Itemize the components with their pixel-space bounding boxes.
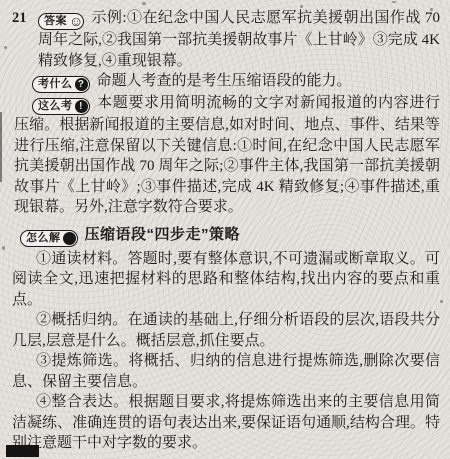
answer-badge: 答案☺ bbox=[38, 13, 84, 30]
answer-badge-label: 答案 bbox=[44, 14, 67, 29]
strategy-badge-label: 怎么解 bbox=[26, 231, 61, 246]
how-tested-block: 这么考!本题要求用简明流畅的文字对新闻报道的内容进行压缩。根据新闻报道的主要信息… bbox=[14, 93, 440, 218]
page-content: 21 答案☺示例:①在纪念中国人民志愿军抗美援朝出国作战 70 周年之际,②我国… bbox=[0, 0, 450, 454]
exclamation-circle-icon: ! bbox=[75, 100, 88, 113]
strategy-step-4: ④整合表达。根据题目要求,将提炼筛选出来的主要信息用简洁凝练、准确连贯的语句表达… bbox=[12, 392, 440, 454]
answer-row: 21 答案☺示例:①在纪念中国人民志愿军抗美援朝出国作战 70 周年之际,②我国… bbox=[14, 8, 440, 71]
scan-gutter-line bbox=[0, 112, 2, 182]
strategy-step-1: ①通读材料。答题时,要有整体意识,不可遗漏或断章取义。可阅读全文,迅速把握材料的… bbox=[12, 249, 440, 311]
strategy-heading: 怎么解压缩语段“四步走”策略 bbox=[20, 225, 440, 247]
scan-speck bbox=[430, 8, 433, 11]
scan-speck bbox=[142, 2, 146, 5]
answer-text: 示例:①在纪念中国人民志愿军抗美援朝出国作战 70 周年之际,②我国第一部抗美援… bbox=[38, 10, 440, 69]
strategy-step-3: ③提炼筛选。将概括、归纳的信息进行提炼筛选,删除次要信息、保留主要信息。 bbox=[12, 351, 440, 392]
exam-focus-badge-label: 考什么 bbox=[38, 77, 73, 92]
question-number: 21 bbox=[12, 8, 27, 29]
scan-speck bbox=[2, 246, 5, 250]
next-section-marker bbox=[6, 445, 39, 457]
strategy-badge: 怎么解 bbox=[20, 230, 78, 247]
scan-speck bbox=[392, 1, 396, 3]
strategy-step-2: ②概括归纳。在通读的基础上,仔细分析语段的层次,语段共分几层,层意是什么。概括层… bbox=[12, 310, 440, 351]
exam-focus-text: 命题人考查的是考生压缩语段的能力。 bbox=[97, 73, 352, 89]
exam-focus-badge: 考什么? bbox=[32, 76, 90, 93]
scan-speck bbox=[4, 46, 7, 49]
scan-speck bbox=[440, 300, 443, 303]
how-tested-badge: 这么考! bbox=[32, 98, 90, 115]
smiley-icon: ☺ bbox=[69, 15, 82, 28]
scan-speck bbox=[300, 5, 303, 8]
answer-block: 答案☺示例:①在纪念中国人民志愿军抗美援朝出国作战 70 周年之际,②我国第一部… bbox=[38, 8, 440, 71]
textbook-page: { "colors": { "paper": "#e7e4df", "ink":… bbox=[0, 0, 450, 459]
solid-circle-icon bbox=[63, 232, 76, 245]
how-tested-badge-label: 这么考 bbox=[38, 99, 73, 114]
exam-focus-row: 考什么?命题人考查的是考生压缩语段的能力。 bbox=[14, 71, 440, 93]
strategy-title: 压缩语段“四步走”策略 bbox=[85, 226, 241, 243]
question-circle-icon: ? bbox=[75, 78, 88, 91]
